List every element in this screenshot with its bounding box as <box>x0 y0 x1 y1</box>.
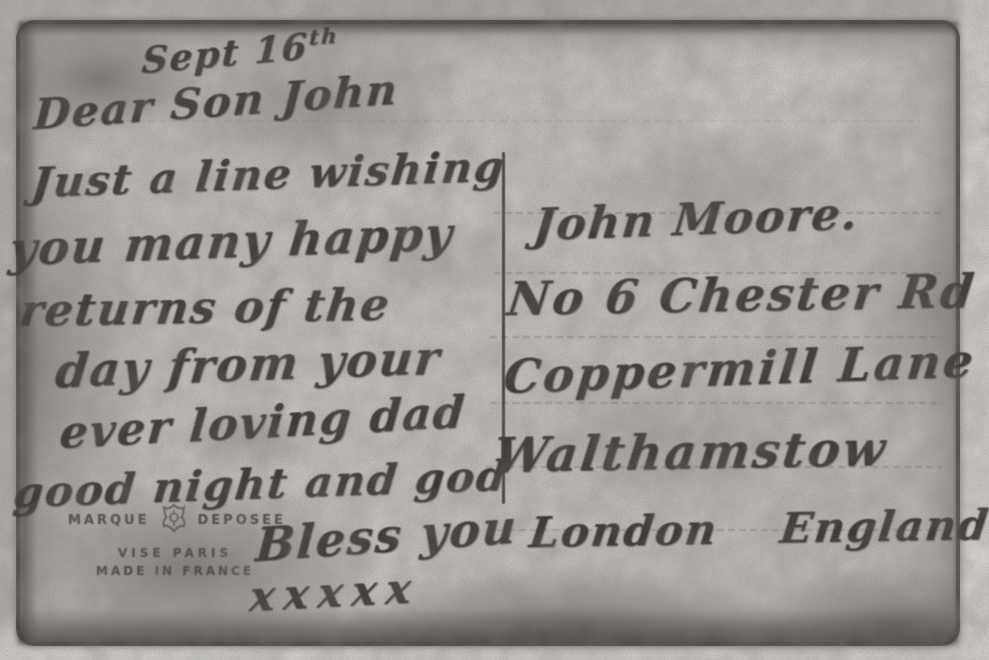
made-in-france-label: MADE IN FRANCE <box>96 564 254 578</box>
message-line-2: Just a line wishing <box>29 141 508 207</box>
address-line-lane: Coppermill Lane <box>501 333 979 404</box>
postcard-scan: Sept 16th Dear Son John Just a line wish… <box>0 0 989 660</box>
address-line-district: Walthamstow <box>491 421 891 484</box>
marque-label: MARQUE <box>68 513 150 528</box>
date-ordinal-suffix: th <box>308 24 339 52</box>
message-line-kisses: xxxxx <box>248 563 422 621</box>
message-line-3: you many happy <box>7 206 456 276</box>
deposee-label: DEPOSEE <box>198 513 286 528</box>
crest-emblem-icon <box>159 502 189 538</box>
message-line-5: day from your <box>53 330 444 398</box>
address-rule-line <box>490 402 942 404</box>
message-line-blessing: Bless you <box>254 500 519 573</box>
vise-paris-label: VISE PARIS <box>118 546 232 560</box>
message-line-6: ever loving dad <box>58 387 468 460</box>
address-line-name: John Moore. <box>531 189 862 252</box>
address-line-street: No 6 Chester Rd <box>505 264 980 326</box>
postcard-back: Sept 16th Dear Son John Just a line wish… <box>16 20 960 646</box>
address-line-city-country: London England <box>527 500 989 557</box>
message-line-4: returns of the <box>17 279 394 337</box>
trademark-line: MARQUE DEPOSEE <box>68 502 286 538</box>
